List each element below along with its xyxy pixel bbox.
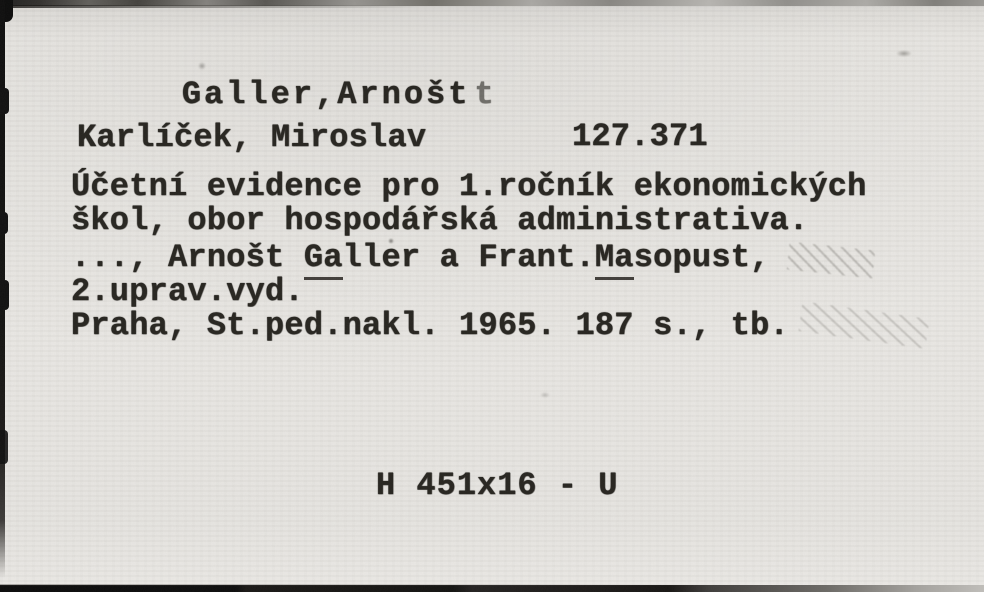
scan-edge-left	[0, 0, 5, 578]
scan-corner-top-left	[0, 0, 13, 22]
imprint-line: Praha, St.ped.nakl. 1965. 187 s., tb.	[71, 310, 789, 342]
underline-masopust: Ma	[595, 239, 634, 280]
scan-edge-blot	[0, 88, 9, 114]
scan-edge-blot	[0, 280, 9, 310]
scan-edge-bottom	[0, 585, 984, 592]
ink-smudge	[799, 301, 930, 349]
byline-middle: ller a Frant.	[343, 239, 595, 276]
byline: ..., Arnošt Galler a Frant.Masopust,	[71, 242, 770, 274]
underline-galler: Ga	[304, 239, 343, 280]
heading-overstrike-letter: t	[474, 76, 496, 113]
scan-edge-blot	[0, 430, 8, 464]
catalog-card-scan: Galler,Arnoštt Karlíček, Miroslav 127.37…	[0, 0, 984, 592]
ink-smudge	[896, 50, 912, 57]
scan-edge-blot	[0, 212, 8, 234]
byline-end: sopust,	[634, 239, 770, 276]
title-line-2: škol, obor hospodářská administrativa.	[71, 205, 808, 237]
title-line-1: Účetní evidence pro 1.ročník ekonomickýc…	[71, 171, 867, 203]
scan-edge-top	[0, 0, 984, 6]
ink-smudge	[540, 392, 550, 398]
call-number: 127.371	[572, 121, 708, 153]
heading-author-name: Galler,Arnošt	[182, 76, 471, 113]
entry-author: Karlíček, Miroslav	[77, 122, 426, 154]
shelf-mark: H 451x16 - U	[376, 470, 618, 502]
scan-edge-bottom-shadow	[0, 584, 760, 586]
byline-prefix: ..., Arnošt	[71, 239, 304, 276]
ink-smudge	[787, 242, 875, 279]
scan-edge-top-shadow	[0, 5, 420, 8]
edition-line: 2.uprav.vyd.	[71, 276, 304, 308]
